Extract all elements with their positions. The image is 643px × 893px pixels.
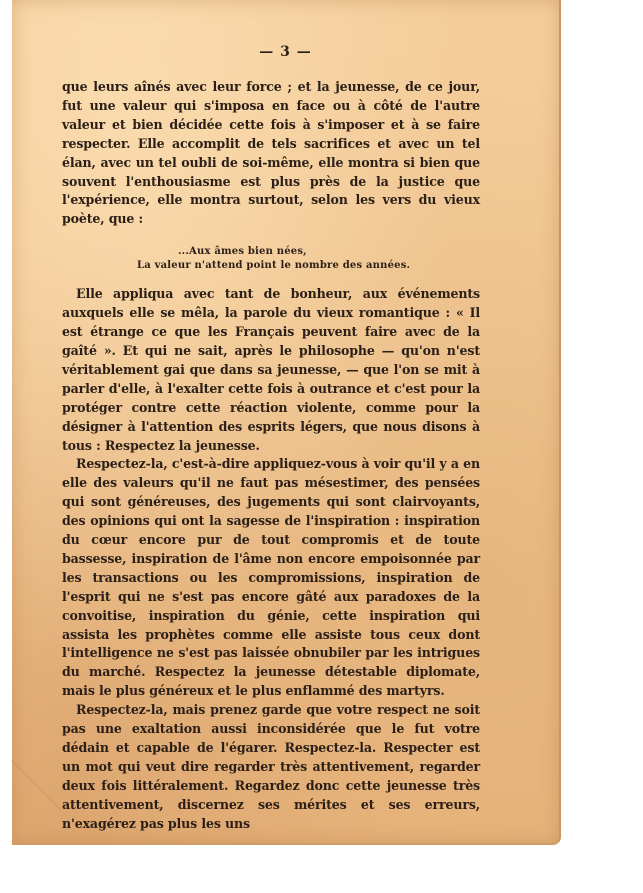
paper-crease [0,760,61,867]
paragraph-3: Respectez-la, c'est-à-dire appliquez-vou… [62,455,480,701]
paragraph-1: que leurs aînés avec leur force ; et la … [62,78,480,229]
scanned-page: — 3 — que leurs aînés avec leur force ; … [12,0,561,845]
verse-quote: ...Aux âmes bien nées, La valeur n'atten… [62,245,480,273]
paragraph-4: Respectez-la, mais prenez garde que votr… [62,701,480,833]
page-number: — 3 — [12,44,559,60]
verse-line-1: ...Aux âmes bien nées, [62,245,480,259]
body-text: que leurs aînés avec leur force ; et la … [62,78,480,834]
paragraph-2: Elle appliqua avec tant de bonheur, aux … [62,285,480,455]
verse-line-2: La valeur n'attend point le nombre des a… [62,259,480,273]
